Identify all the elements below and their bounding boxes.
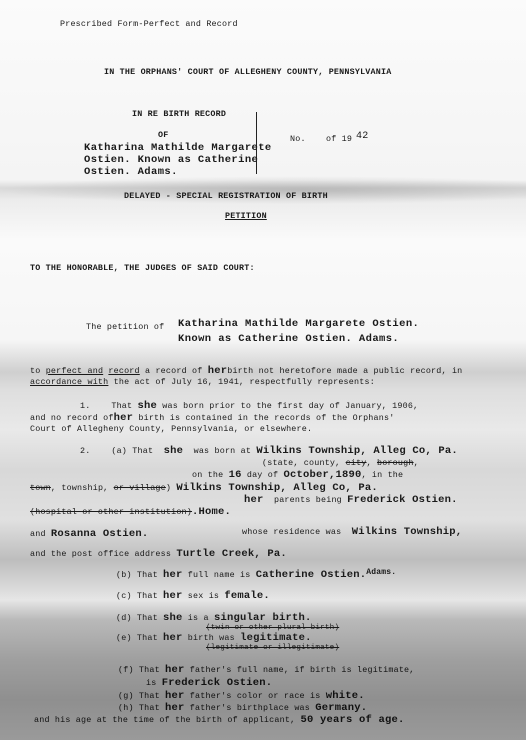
para2f-pronoun: her <box>165 664 185 676</box>
para2a-line-1: 2. (a) That she was born at Wilkins Town… <box>80 445 458 457</box>
para2a-label: (a) That <box>111 446 153 456</box>
para2c-line: (c) That her sex is female. <box>116 590 270 602</box>
intro-record: record <box>108 366 139 376</box>
hospital-value: .Home. <box>192 506 231 518</box>
mother-name-value: Rosanna Ostien. <box>51 528 149 540</box>
father-birthplace-value: Germany. <box>315 702 367 714</box>
residence-value: Wilkins Township, <box>352 526 463 538</box>
para2h-label: (h) That <box>118 703 160 713</box>
para2b-label: (b) That <box>116 570 158 580</box>
birth-type-value: singular birth. <box>214 612 312 624</box>
para2g-text: father's color or race is <box>190 691 321 701</box>
township-label: , township, <box>51 483 108 493</box>
intro-to: to <box>30 366 40 376</box>
para2g-label: (g) That <box>118 691 160 701</box>
town-struck: town <box>30 483 51 493</box>
parents-pronoun: her <box>244 494 264 506</box>
intro-a-record-of: a record of <box>145 366 202 376</box>
para2b-line: (b) That her full name is Catherine Osti… <box>116 568 396 581</box>
para2d-line: (d) That she is a singular birth. <box>116 612 311 624</box>
of-label: OF <box>158 130 168 140</box>
legitimacy-value: legitimate. <box>240 632 312 644</box>
para2a-pronoun: she <box>164 445 184 457</box>
father-full-name-value: Frederick Ostien. <box>162 677 273 689</box>
para2d-text: is a <box>188 613 209 623</box>
full-name-added: Adams. <box>366 568 396 577</box>
post-office-line: and the post office address Turtle Creek… <box>30 548 287 560</box>
para2h-pronoun: her <box>165 702 185 714</box>
of-year-label: of 19 <box>326 134 352 144</box>
para2e-hint: (legitimate or illegitimate) <box>206 644 339 652</box>
para1-pronoun: she <box>138 400 158 412</box>
para1-line-2-b: birth is contained in the records of the… <box>138 413 394 423</box>
case-year: 42 <box>356 131 368 142</box>
or-village-struck: or village <box>114 483 166 493</box>
para2d-hint: (twin or other plural birth) <box>206 624 339 632</box>
document-page: Prescribed Form-Perfect and Record IN TH… <box>0 0 526 740</box>
para1-line-2-a: and no record of <box>30 413 114 423</box>
para2f-label: (f) That <box>118 665 160 675</box>
para2h-text: father's birthplace was <box>190 703 310 713</box>
in-the-label: , in the <box>361 470 403 480</box>
para2-number: 2. <box>80 446 90 456</box>
para2b-text: full name is <box>188 570 251 580</box>
para2d-pronoun: she <box>163 612 183 624</box>
petitioner-name-line-1: Katharina Mathilde Margarete Ostien. <box>178 318 419 330</box>
para1-line-3: Court of Allegheny County, Pennsylvania,… <box>30 424 312 434</box>
residence-label: whose residence was <box>242 527 341 537</box>
para2h-line: (h) That her father's birthplace was Ger… <box>118 702 367 714</box>
para2a-born-at: was born at <box>194 446 251 456</box>
para2c-pronoun: her <box>163 590 183 602</box>
intro-rest-1: birth not heretofore made a public recor… <box>227 366 462 376</box>
para2b-pronoun: her <box>163 569 183 581</box>
parents-being-label: parents being <box>274 495 342 505</box>
caption-name-line-2: Ostien. Known as Catherine <box>84 154 258 166</box>
father-name-value: Frederick Ostien. <box>347 494 458 506</box>
para1-line-1: 1. That she was born prior to the first … <box>80 400 418 412</box>
place-hint-borough: borough <box>377 458 414 468</box>
para2g-line: (g) That her father's color or race is w… <box>118 690 365 702</box>
race-value: white. <box>326 690 365 702</box>
intro-line-1: to perfect and record a record of herbir… <box>30 365 462 377</box>
father-age-line: and his age at the time of the birth of … <box>34 714 405 726</box>
subheading: PETITION <box>225 211 267 221</box>
petitioner-name-line-2: Known as Catherine Ostien. Adams. <box>178 333 399 345</box>
post-office-value: Turtle Creek, Pa. <box>176 548 287 560</box>
birth-date-line: on the 16 day of October,1890, in the <box>192 469 403 481</box>
father-full-name-line: is Frederick Ostien. <box>146 677 272 689</box>
para1-line-1-rest: was born prior to the first day of Janua… <box>162 401 418 411</box>
township-close: ) <box>166 483 171 493</box>
para2d-label: (d) That <box>116 613 158 623</box>
township-line: town, township, or village) Wilkins Town… <box>30 482 378 494</box>
intro-rest-2: the act of July 16, 1941, respectfully r… <box>114 377 375 387</box>
place-hint-open: (state, county, <box>262 458 340 468</box>
form-caption: Prescribed Form-Perfect and Record <box>60 19 238 29</box>
para1-that: That <box>111 401 132 411</box>
para2c-text: sex is <box>188 591 219 601</box>
intro-perfect-and: perfect and <box>46 366 103 376</box>
para2e-label: (e) That <box>116 633 158 643</box>
salutation: TO THE HONORABLE, THE JUDGES OF SAID COU… <box>30 263 255 273</box>
hospital-line: (hospital or other institution).Home. <box>30 506 231 518</box>
petition-label: The petition of <box>86 322 164 332</box>
father-age-value: 50 years of age. <box>301 714 405 726</box>
court-title: IN THE ORPHANS' COURT OF ALLEGHENY COUNT… <box>104 67 391 77</box>
para1-number: 1. <box>80 401 90 411</box>
para2e-pronoun: her <box>163 632 183 644</box>
para1-line-2: and no record ofher birth is contained i… <box>30 412 394 424</box>
place-hint-city: city <box>346 458 367 468</box>
place-hint: (state, county, city, borough, <box>262 458 419 468</box>
para2e-line: (e) That her birth was legitimate. <box>116 632 312 644</box>
caption-name-line-1: Katharina Mathilde Margarete <box>84 142 272 154</box>
sex-value: female. <box>224 590 270 602</box>
birth-day-value: 16 <box>229 469 242 481</box>
and-label: and <box>30 529 46 539</box>
birth-month-year-value: October,1890 <box>283 469 361 481</box>
residence-line: whose residence was Wilkins Township, <box>242 526 462 538</box>
father-age-label: and his age at the time of the birth of … <box>34 715 295 725</box>
para2f-line: (f) That her father's full name, if birt… <box>118 664 415 676</box>
para2f-text: father's full name, if birth is legitima… <box>190 665 415 675</box>
para2g-pronoun: her <box>165 690 185 702</box>
in-re-label: IN RE BIRTH RECORD <box>132 109 226 119</box>
heading: DELAYED - SPECIAL REGISTRATION OF BIRTH <box>124 191 328 201</box>
birthplace-value: Wilkins Township, Alleg Co, Pa. <box>256 445 458 457</box>
day-of-label: day of <box>247 470 278 480</box>
hospital-struck: (hospital or other institution) <box>30 507 192 517</box>
intro-accordance-with: accordance with <box>30 377 108 387</box>
para1-line-2-pronoun: her <box>114 412 134 424</box>
caption-name-line-3: Ostien. Adams. <box>84 166 178 178</box>
case-no-label: No. <box>290 134 306 144</box>
mother-line: and Rosanna Ostien. <box>30 528 148 540</box>
on-the-label: on the <box>192 470 223 480</box>
township-value: Wilkins Township, Alleg Co, Pa. <box>176 482 378 494</box>
para2f-is: is <box>146 678 156 688</box>
parents-line: her parents being Frederick Ostien. <box>244 494 458 506</box>
full-name-value: Catherine Ostien. <box>256 569 367 581</box>
para2e-text: birth was <box>188 633 235 643</box>
intro-line-2: accordance with the act of July 16, 1941… <box>30 377 375 387</box>
para2c-label: (c) That <box>116 591 158 601</box>
post-office-label: and the post office address <box>30 549 171 559</box>
intro-pronoun: her <box>208 365 228 377</box>
